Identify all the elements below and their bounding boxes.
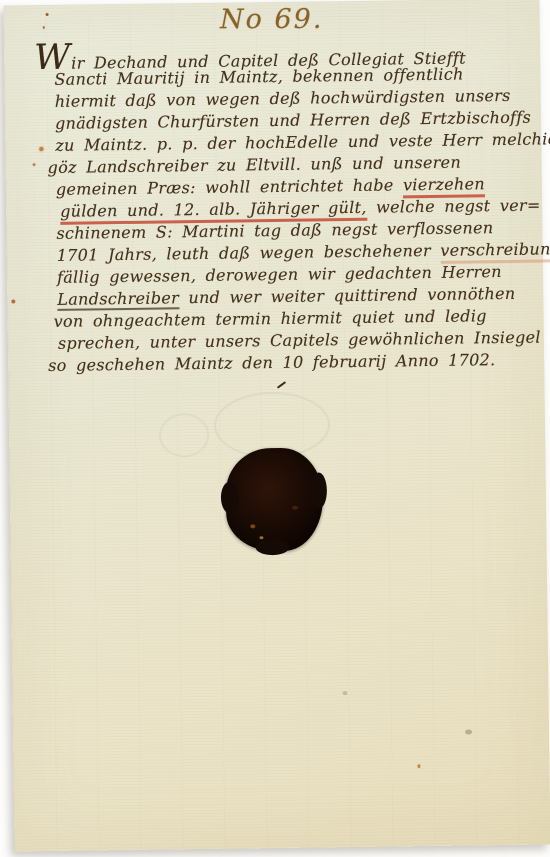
stain-speck [33,163,36,166]
wax-seal-glint [259,536,263,539]
ink-underlined-word: Landschreiber [57,288,179,311]
wax-seal-glint [292,506,298,510]
photo-backdrop: No 69. Wir Dechand und Capitel deß Colle… [0,0,550,857]
stain-speck [342,691,347,695]
document-number: No 69. [4,3,540,36]
manuscript-text-segment: 1701 Jahrs, leuth daß wegen beschehener [57,241,441,265]
manuscript-text: Wir Dechand und Capitel deß Collegiat St… [34,41,530,377]
wax-seal-edge [256,539,290,555]
wax-seal-glint [250,524,255,528]
manuscript-text-segment: welche negst ver= [367,196,541,217]
manuscript-text-segment: gemeinen Præs: wohll entrichtet habe [56,175,403,199]
manuscript-text-segment: so geschehen Maintz den 10 februarij Ann… [48,350,496,375]
manuscript-text-segment: Sancti Mauritij in Maintz, bekennen offe… [54,65,463,89]
manuscript-text-segment: göz Landschreiber zu Eltvill. unß und un… [47,153,461,177]
manuscript-text-segment: und wer weiter quittirend vonnöthen [179,284,516,307]
wax-seal-edge [311,472,327,508]
document-number-label: No 69. [220,4,324,35]
document-page: No 69. Wir Dechand und Capitel deß Colle… [3,0,550,851]
stain-speck [39,147,43,151]
stain-speck [43,26,45,29]
ink-stray-mark [277,381,286,388]
wax-seal [225,447,323,551]
wax-seal-edge [221,481,239,513]
stain-speck [465,729,472,734]
manuscript-text-segment: zu Maintz. p. p. der hochEdelle und vest… [55,129,550,155]
stain-speck [417,764,420,768]
stain-speck [11,299,15,303]
watermark [159,413,210,458]
stain-speck [46,13,49,16]
